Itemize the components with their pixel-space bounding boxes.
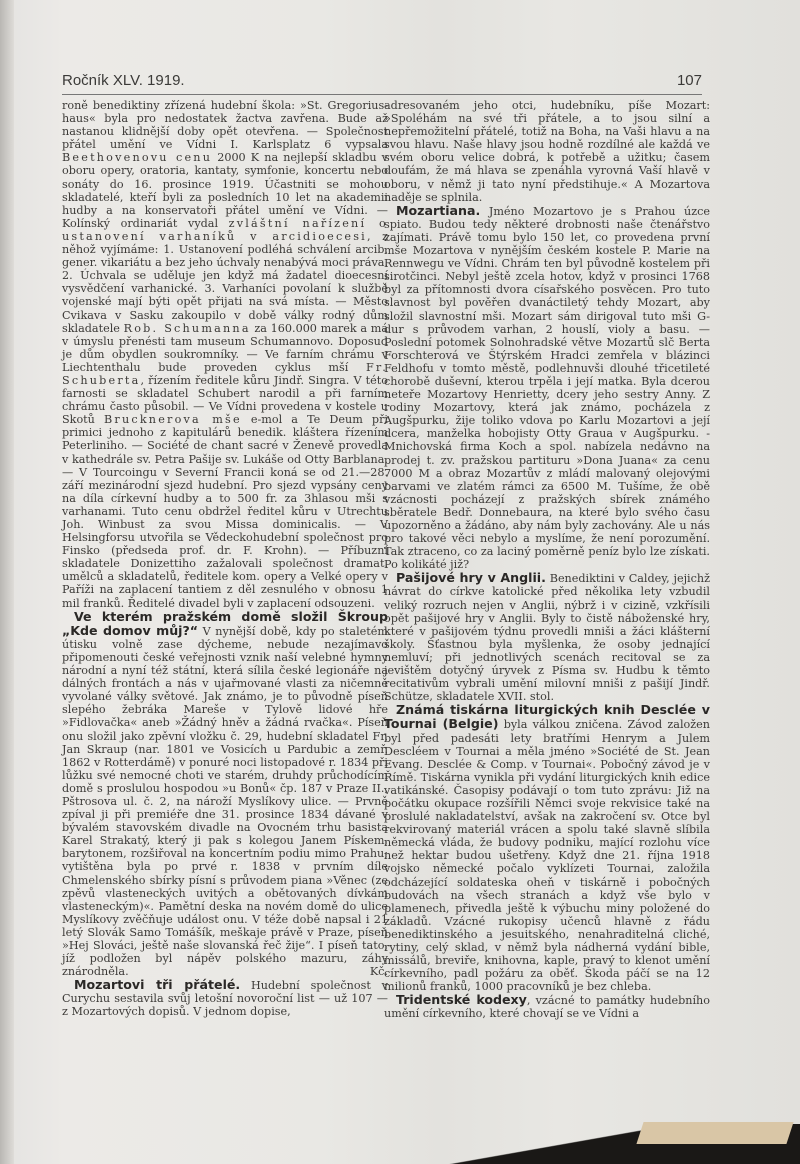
text: roně benediktiny zřízená hudební škola: … xyxy=(62,99,388,151)
article-trent-codices: Tridentské kodexy, vzácné to památky hud… xyxy=(384,993,710,1020)
spaced-text: Rob. Schumanna xyxy=(124,322,251,335)
article-continued: roně benediktiny zřízená hudební škola: … xyxy=(62,99,388,610)
scanned-page: Ročník XLV. 1919. 107 roně benediktiny z… xyxy=(0,0,800,1164)
article-body: V nynější době, kdy po staletém útisku v… xyxy=(62,625,388,978)
spaced-text: Beethovenovu cenu xyxy=(62,151,212,164)
text: e-mol a Te Deum při primici jednoho z ka… xyxy=(62,413,388,609)
torn-paper-fragment xyxy=(636,1122,793,1144)
page-number: 107 xyxy=(677,72,702,89)
article-desclee-printing: Známá tiskárna liturgických knih Desclée… xyxy=(384,703,710,993)
right-column: adresovaném jeho otci, hudebníku, píše M… xyxy=(384,99,710,1021)
article-mozart-friends: Mozartovi tři přátelé. Hudební společnos… xyxy=(62,978,388,1018)
article-body: adresovaném jeho otci, hudebníku, píše M… xyxy=(384,99,710,204)
spaced-text: Brucknerova mše xyxy=(104,413,242,426)
page-edge-shadow xyxy=(0,0,14,1164)
article-mozartiana: Mozartiana. Jméno Mozartovo je s Prahou … xyxy=(384,204,710,572)
article-body: Jméno Mozartovo je s Prahou úzce spiato.… xyxy=(384,205,710,572)
article-kde-domov: Ve kterém pražském domě složil Škroup „K… xyxy=(62,610,388,979)
text: , z něhož vyjímáme: 1. Ustanovení podléh… xyxy=(62,230,388,335)
article-body: Benediktini v Caldey, jejichž návrat do … xyxy=(384,572,710,703)
article-passion-plays: Pašijové hry v Anglii. Benediktini v Cal… xyxy=(384,571,710,703)
left-column: roně benediktiny zřízená hudební škola: … xyxy=(62,99,388,1019)
running-header: Ročník XLV. 1919. 107 xyxy=(62,72,702,95)
article-heading: Mozartovi tři přátelé. xyxy=(74,977,240,992)
article-heading: Pašijové hry v Anglii. xyxy=(396,570,546,585)
article-heading: Tridentské kodexy xyxy=(396,992,527,1007)
article-heading: Mozartiana. xyxy=(396,203,480,218)
article-body: byla válkou zničena. Závod založen byl p… xyxy=(384,718,710,993)
article-mozart-friends-continued: adresovaném jeho otci, hudebníku, píše M… xyxy=(384,99,710,204)
volume-title: Ročník XLV. 1919. xyxy=(62,72,185,89)
